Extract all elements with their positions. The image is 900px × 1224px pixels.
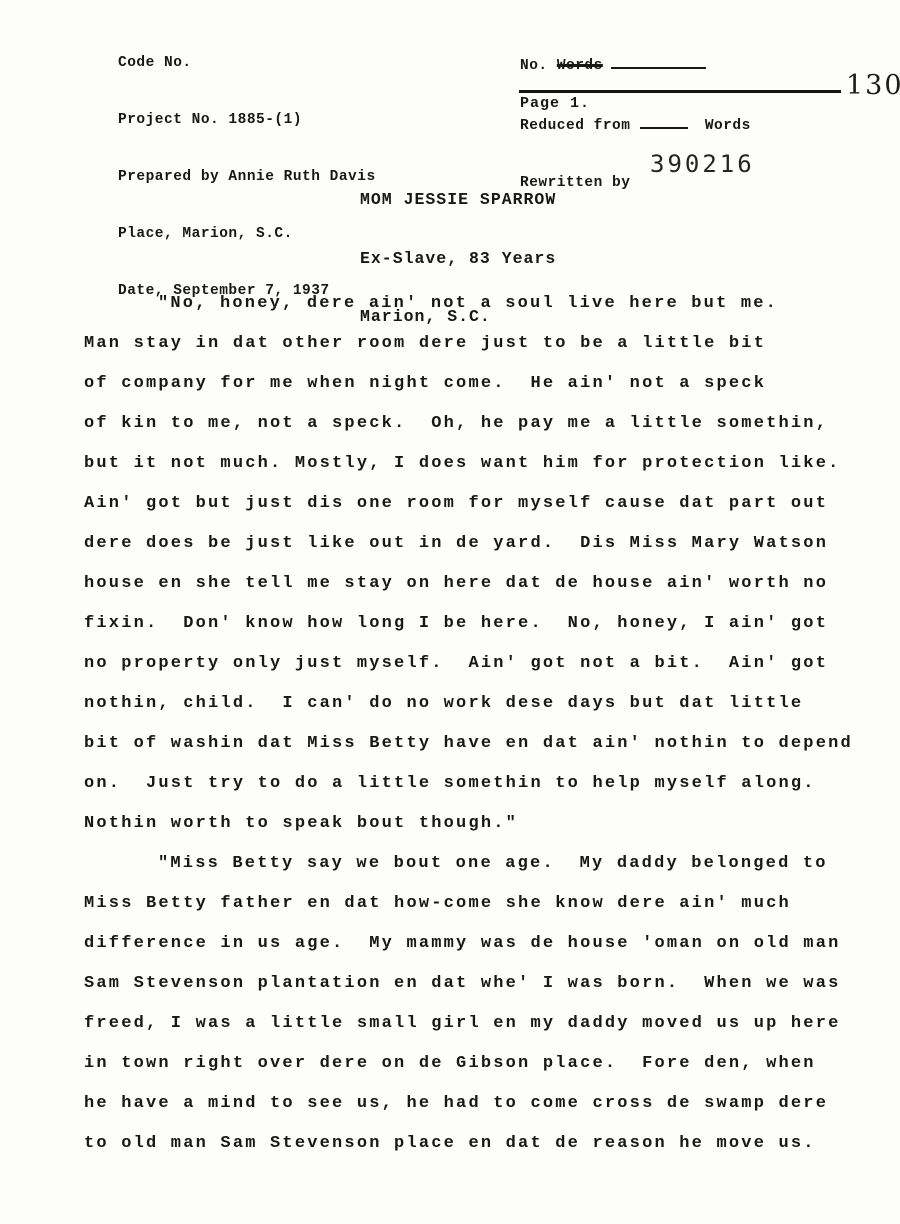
body-line: but it not much. Mostly, I does want him…: [84, 444, 853, 484]
body-line: of kin to me, not a speck. Oh, he pay me…: [84, 404, 853, 444]
place-line: Place, Marion, S.C.: [118, 225, 376, 244]
body-line: Ain' got but just dis one room for mysel…: [84, 484, 853, 524]
code-no-line: Code No.: [118, 54, 376, 73]
body-line: fixin. Don' know how long I be here. No,…: [84, 604, 853, 644]
body-line: bit of washin dat Miss Betty have en dat…: [84, 724, 853, 764]
body-line: freed, I was a little small girl en my d…: [84, 1004, 853, 1044]
body-line: he have a mind to see us, he had to come…: [84, 1084, 853, 1124]
no-label: No.: [520, 58, 557, 74]
words-struck-label: Words: [557, 58, 603, 74]
archive-stamp-number: 390216: [650, 150, 755, 178]
body-line: dere does be just like out in de yard. D…: [84, 524, 853, 564]
reduced-from-line: Reduced from Words: [520, 114, 751, 136]
body-line: "No, honey, dere ain' not a soul live he…: [84, 284, 853, 324]
interviewee-subtitle: Ex-Slave, 83 Years: [360, 249, 556, 269]
handwritten-page-number: 130: [846, 70, 900, 101]
prepared-by-line: Prepared by Annie Ruth Davis: [118, 168, 376, 187]
body-line: house en she tell me stay on here dat de…: [84, 564, 853, 604]
words-count-line: No. Words: [520, 54, 751, 76]
reduced-prefix: Reduced from: [520, 118, 640, 134]
body-line: nothin, child. I can' do no work dese da…: [84, 684, 853, 724]
page-number-label: Page 1.: [520, 95, 590, 112]
words-blank-line: [611, 54, 706, 69]
body-text: "No, honey, dere ain' not a soul live he…: [84, 284, 853, 1164]
body-line: "Miss Betty say we bout one age. My dadd…: [84, 844, 853, 884]
body-line: on. Just try to do a little somethin to …: [84, 764, 853, 804]
document-page: Code No. Project No. 1885-(1) Prepared b…: [0, 0, 900, 1224]
body-line: to old man Sam Stevenson place en dat de…: [84, 1124, 853, 1164]
body-line: of company for me when night come. He ai…: [84, 364, 853, 404]
body-line: Nothin worth to speak bout though.": [84, 804, 853, 844]
rewritten-by-rule: [519, 90, 841, 93]
body-line: in town right over dere on de Gibson pla…: [84, 1044, 853, 1084]
reduced-blank-line: [640, 114, 688, 129]
body-line: Man stay in dat other room dere just to …: [84, 324, 853, 364]
project-no-line: Project No. 1885-(1): [118, 111, 376, 130]
body-line: difference in us age. My mammy was de ho…: [84, 924, 853, 964]
body-line: no property only just myself. Ain' got n…: [84, 644, 853, 684]
body-line: Miss Betty father en dat how-come she kn…: [84, 884, 853, 924]
body-line: Sam Stevenson plantation en dat whe' I w…: [84, 964, 853, 1004]
interviewee-name: MOM JESSIE SPARROW: [360, 190, 556, 210]
reduced-suffix: Words: [696, 118, 751, 134]
